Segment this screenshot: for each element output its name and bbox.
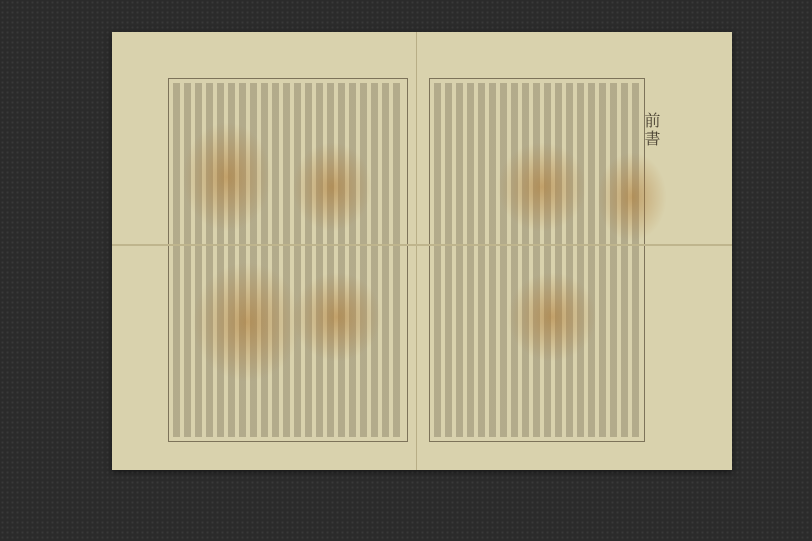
right-page: 前書 (416, 32, 733, 470)
text-frame-right (429, 78, 645, 442)
vertical-text-columns (434, 83, 640, 437)
document-paper: 前書 (112, 32, 732, 470)
water-stain (192, 262, 302, 382)
water-stain (497, 142, 587, 232)
water-stain (292, 142, 372, 232)
document-title: 前書 (640, 112, 663, 148)
fold-line (112, 244, 732, 246)
water-stain (597, 152, 667, 242)
left-page (112, 32, 416, 470)
water-stain (507, 272, 597, 362)
water-stain (292, 272, 382, 362)
water-stain (182, 122, 272, 232)
